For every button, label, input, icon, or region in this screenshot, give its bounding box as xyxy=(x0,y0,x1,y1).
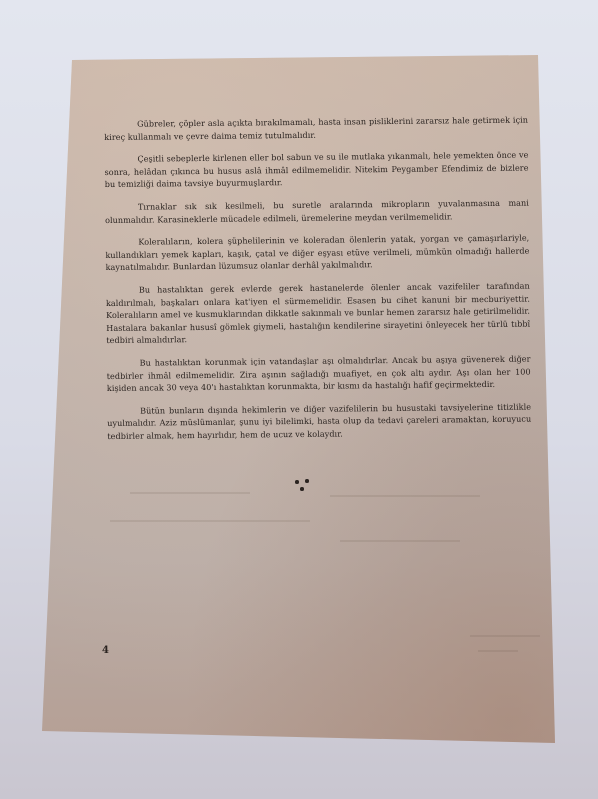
show-through-mark xyxy=(470,635,540,637)
paragraph: Koleralıların, kolera şüphelilerinin ve … xyxy=(105,232,529,274)
three-dot-ornament-icon xyxy=(293,478,313,492)
paragraph: Bütün bunların dışında hekimlerin ve diğ… xyxy=(107,400,531,442)
page-number: 4 xyxy=(102,645,109,656)
show-through-mark xyxy=(340,540,460,542)
paragraph: Çeşitli sebeplerle kirlenen eller bol sa… xyxy=(104,149,528,191)
show-through-mark xyxy=(478,650,518,652)
show-through-mark xyxy=(130,492,250,494)
document-page: Gübreler, çöpler asla açıkta bırakılmama… xyxy=(0,0,598,799)
paragraph: Bu hastalıktan gerek evlerde gerek hasta… xyxy=(106,279,531,346)
show-through-mark xyxy=(330,495,480,497)
paragraph: Bu hastalıktan korunmak için vatandaşlar… xyxy=(107,352,531,394)
paragraph: Gübreler, çöpler asla açıkta bırakılmama… xyxy=(104,114,528,144)
body-text: Gübreler, çöpler asla açıkta bırakılmama… xyxy=(104,114,531,453)
paragraph: Tırnaklar sık sık kesilmeli, bu suretle … xyxy=(105,197,529,227)
show-through-mark xyxy=(110,520,310,522)
